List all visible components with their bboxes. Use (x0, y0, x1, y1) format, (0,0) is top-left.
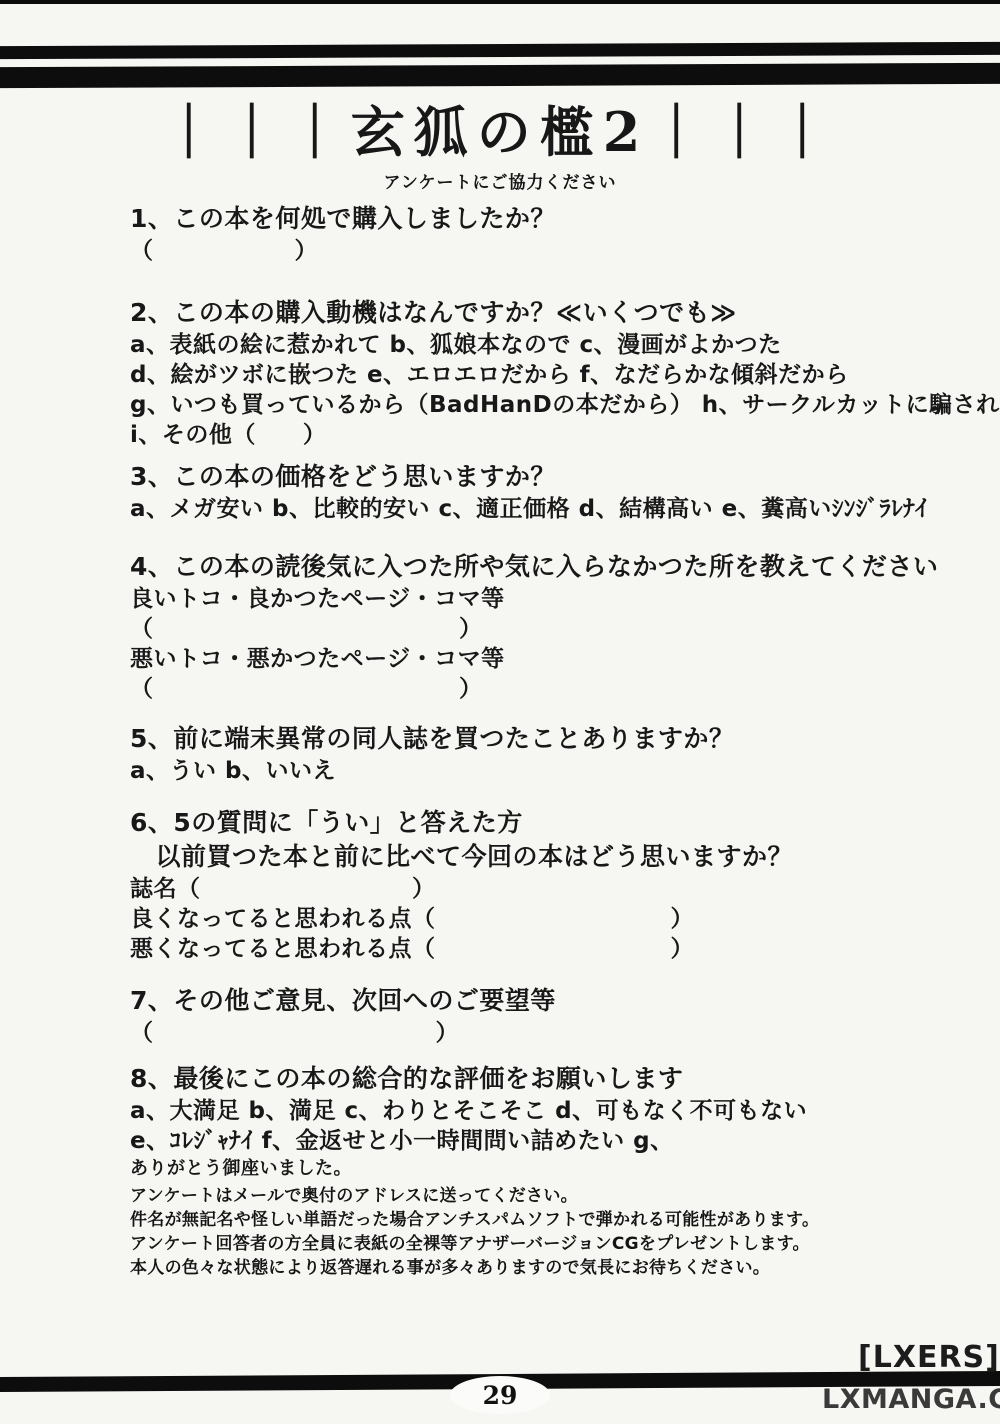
question-8-heading: 8、最後にこの本の総合的な評価をお願いします (130, 1062, 970, 1096)
question-6-worsened-blank: 悪くなってると思われる点（ ） (130, 934, 970, 964)
question-4-bad-blank: （ ） (130, 674, 970, 704)
page-number-badge: 29 (450, 1376, 550, 1414)
top-divider-bar-thick (0, 63, 1000, 88)
scanlator-tag: [LXERS] (858, 1340, 1000, 1375)
question-2-options-row-3: g、いつも買っているから（BadHanDの本だから） h、サークルカットに騙され… (130, 390, 970, 420)
question-4: 4、この本の読後気に入つた所や気に入らなかつた所を教えてください 良いトコ・良か… (130, 550, 970, 704)
note-line-2: 件名が無記名や怪しい単語だった場合アンチスパムソフトで弾かれる可能性があります。 (130, 1208, 970, 1232)
question-7-answer-blank: （ ） (130, 1018, 970, 1048)
question-7: 7、その他ご意見、次回へのご要望等 （ ） (130, 984, 970, 1048)
note-line-3: アンケート回答者の方全員に表紙の全裸等アナザーバージョンCGをプレゼントします。 (130, 1232, 970, 1256)
question-1-answer-blank: （ ） (130, 236, 970, 266)
page-number: 29 (483, 1381, 518, 1410)
survey-submission-notes: アンケートはメールで奥付のアドレスに送ってください。 件名が無記名や怪しい単語だ… (130, 1184, 970, 1280)
question-4-bad-label: 悪いトコ・悪かつたページ・コマ等 (130, 644, 970, 674)
note-line-1: アンケートはメールで奥付のアドレスに送ってください。 (130, 1184, 970, 1208)
question-8-options-row-2: e、ｺﾚｼﾞｬﾅｲ f、金返せと小一時間問い詰めたい g、 (130, 1126, 970, 1156)
scanned-survey-page: ｜｜｜玄狐の檻2｜｜｜ アンケートにご協力ください 1、この本を何処で購入しまし… (0, 0, 1000, 1424)
question-1-heading: 1、この本を何処で購入しましたか？ (130, 202, 970, 236)
question-5-options-row: a、うい b、いいえ (130, 756, 970, 786)
question-5-heading: 5、前に端末異常の同人誌を買つたことありますか？ (130, 722, 970, 756)
question-8-options-row-1: a、大満足 b、満足 c、わりとそこそこ d、可もなく不可もない (130, 1096, 970, 1126)
question-2-options-row-1: a、表紙の絵に惹かれて b、狐娘本なので c、漫画がよかつた (130, 330, 970, 360)
question-7-heading: 7、その他ご意見、次回へのご要望等 (130, 984, 970, 1018)
question-2-options-row-4: i、その他（ ） (130, 420, 970, 450)
question-2-heading: 2、この本の購入動機はなんですか？≪いくつでも≫ (130, 296, 970, 330)
question-3-heading: 3、この本の価格をどう思いますか？ (130, 460, 970, 494)
question-2: 2、この本の購入動機はなんですか？≪いくつでも≫ a、表紙の絵に惹かれて b、狐… (130, 296, 970, 450)
thank-you-note: ありがとう御座いました。 (130, 1156, 970, 1182)
question-6: 6、5の質問に「うい」と答えた方 以前買つた本と前に比べて今回の本はどう思います… (130, 806, 970, 964)
question-6-heading: 6、5の質問に「うい」と答えた方 (130, 806, 970, 840)
question-4-good-label: 良いトコ・良かつたページ・コマ等 (130, 584, 970, 614)
top-edge-line (0, 0, 1000, 4)
question-6-improved-blank: 良くなってると思われる点（ ） (130, 904, 970, 934)
question-2-options-row-2: d、絵がツボに嵌つた e、エロエロだから f、なだらかな傾斜だから (130, 360, 970, 390)
question-6-title-blank: 誌名（ ） (130, 874, 970, 904)
question-4-heading: 4、この本の読後気に入つた所や気に入らなかつた所を教えてください (130, 550, 970, 584)
question-1: 1、この本を何処で購入しましたか？ （ ） (130, 202, 970, 266)
page-title: ｜｜｜玄狐の檻2｜｜｜ (0, 90, 1000, 167)
question-6-subheading: 以前買つた本と前に比べて今回の本はどう思いますか？ (130, 840, 970, 874)
question-8: 8、最後にこの本の総合的な評価をお願いします a、大満足 b、満足 c、わりとそ… (130, 1062, 970, 1182)
question-3: 3、この本の価格をどう思いますか？ a、メガ安い b、比較的安い c、適正価格 … (130, 460, 970, 524)
site-watermark: LXMANGA.COM (822, 1384, 1000, 1415)
question-5: 5、前に端末異常の同人誌を買つたことありますか？ a、うい b、いいえ (130, 722, 970, 786)
top-divider-bar-thin (0, 42, 1000, 59)
question-3-options-row: a、メガ安い b、比較的安い c、適正価格 d、結構高い e、糞高いｼﾝｼﾞﾗﾚ… (130, 494, 970, 524)
note-line-4: 本人の色々な状態により返答遅れる事が多々ありますので気長にお待ちください。 (130, 1256, 970, 1280)
question-4-good-blank: （ ） (130, 614, 970, 644)
page-subtitle: アンケートにご協力ください (0, 168, 1000, 193)
